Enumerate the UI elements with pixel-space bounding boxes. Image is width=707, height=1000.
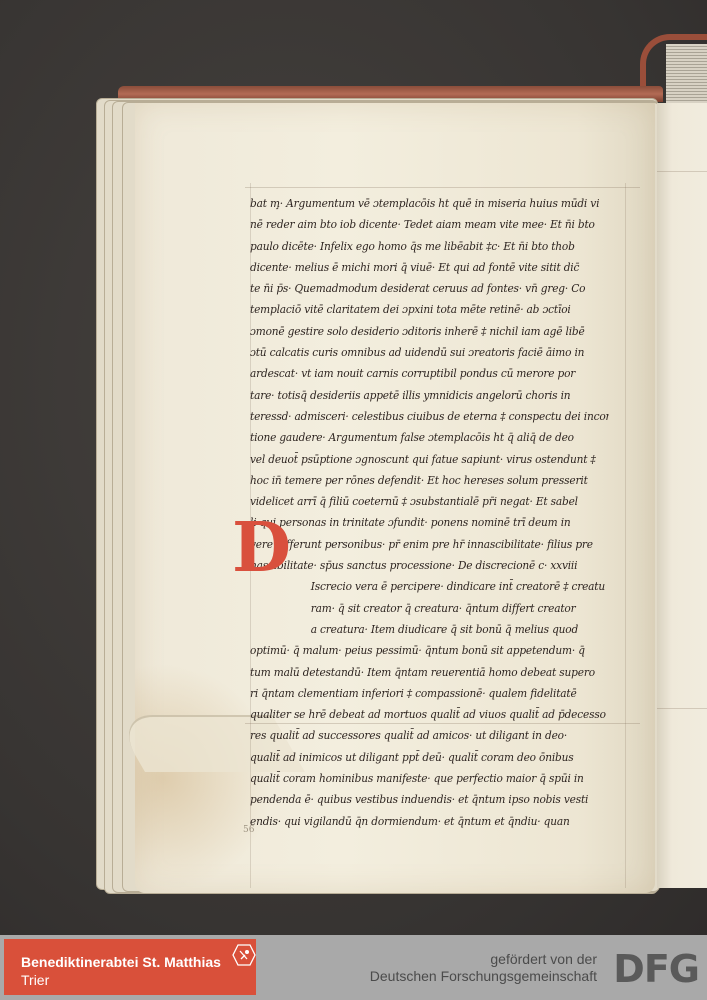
folio-number: 56 — [243, 825, 254, 835]
text-line: ɔmonē gestire solo desiderio ɔditoris i… — [250, 321, 609, 342]
dfg-logo[interactable]: DFG — [613, 951, 699, 987]
text-line: te n̄i p̄s· Quemadmodum desiderat ceruus… — [250, 278, 609, 299]
text-line: dicente· melius ē michi mori q̄ viuē· … — [250, 257, 609, 278]
text-line: teressd· admisceri· celestibus ciuibus d… — [250, 406, 609, 427]
text-line: ri q̄ntam clementiam inferiori ‡ compass… — [250, 683, 609, 704]
funding-line-2: Deutschen Forschungsgemeinschaft — [370, 968, 597, 985]
text-line: tare· totisq̄ desideriis appetē illis y… — [250, 385, 609, 406]
text-line: res qualit̄ ad successores qualit̄ ad am… — [250, 725, 609, 746]
text-line: nē reder aim bto iob dicente· Tedet aia… — [250, 214, 609, 235]
funding-statement: gefördert von der Deutschen Forschungsge… — [370, 951, 597, 985]
facing-page — [657, 103, 707, 888]
text-line: qualit̄ ad inimicos ut diligant ppt̄ deu… — [250, 747, 609, 768]
text-line: templaciō vitē claritatem dei ɔpxini t… — [250, 299, 609, 320]
institution-badge[interactable]: Benediktinerabtei St. Matthias Trier — [4, 939, 256, 995]
footer-bar: Benediktinerabtei St. Matthias Trier gef… — [0, 935, 707, 1000]
text-line: hoc in̄ temere per rōnes defendit· Et h… — [250, 470, 609, 491]
funding-line-1: gefördert von der — [370, 951, 597, 968]
text-line: tione gaudere· Argumentum false ɔtemplac… — [250, 427, 609, 448]
text-line: videlicet arrī q̄ filiū coeternū ‡ ɔs… — [250, 491, 609, 512]
text-line: qualit̄ coram hominibus manifeste· que p… — [250, 768, 609, 789]
text-line: endis· qui vigilandū q̄n dormiendum· et… — [250, 811, 609, 832]
illuminated-initial: D — [232, 517, 322, 579]
text-line: pendenda ē· quibus vestibus induendis· … — [250, 789, 609, 810]
text-line: Iscrecio vera ē percipere· dindicare in… — [250, 576, 609, 597]
text-line: paulo dicēte· Infelix ego homo q̄s me l… — [250, 236, 609, 257]
text-line: ɔtū calcatis curis omnibus ad uidendū … — [250, 342, 609, 363]
text-line: tum malū detestandū· Item q̄ntam reuer… — [250, 662, 609, 683]
institution-city: Trier — [21, 972, 49, 988]
manuscript-text-column: bat m̧· Argumentum vē ɔtemplacōis ht q… — [250, 193, 640, 832]
text-line: ram· q̄ sit creator q̄ creatura· q̄ntum … — [250, 598, 609, 619]
text-line: a creatura· Item diudicare q̄ sit bonū … — [250, 619, 609, 640]
text-line: ardescat· vt iam nouit carnis corruptibi… — [250, 363, 609, 384]
text-line: bat m̧· Argumentum vē ɔtemplacōis ht q… — [250, 193, 609, 214]
text-line: optimū· q̄ malum· peius pessimū· q̄ntu… — [250, 640, 609, 661]
text-line: qualiter se hrē debeat ad mortuos quali… — [250, 704, 609, 725]
institution-name: Benediktinerabtei St. Matthias — [21, 954, 221, 970]
text-line: vel deuot̄ psūptione ɔgnoscunt qui fatu… — [250, 449, 609, 470]
hexagon-emblem-icon — [232, 944, 256, 966]
manuscript-scan: bat m̧· Argumentum vē ɔtemplacōis ht q… — [0, 0, 707, 935]
